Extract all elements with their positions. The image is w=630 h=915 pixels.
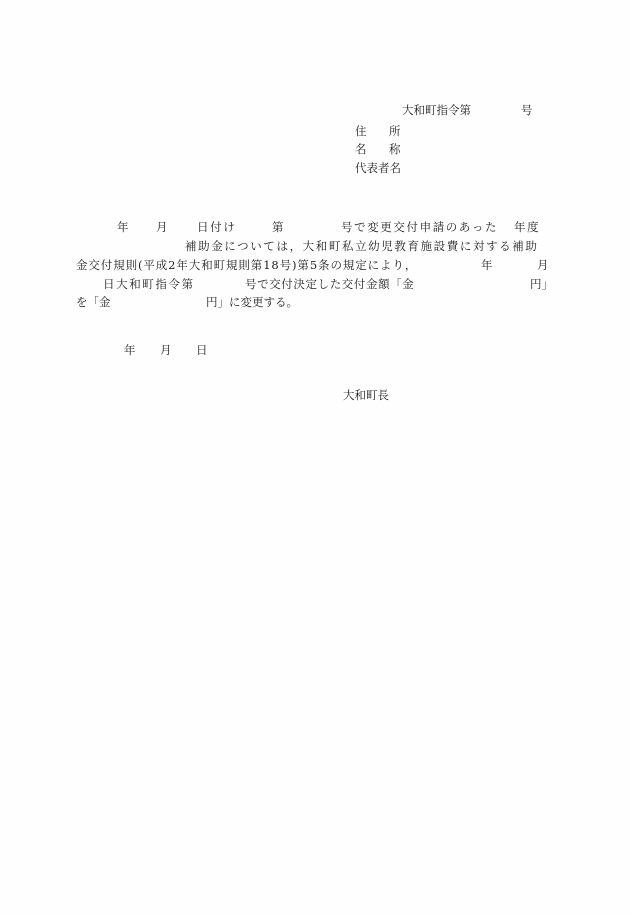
- body-fiscal-year: 年度: [514, 220, 540, 234]
- body-line-5-suffix: 円」に変更する。: [206, 295, 298, 309]
- body-request-text: 号で変更交付申請のあった: [341, 220, 498, 234]
- body-line-3: 金交付規則(平成2年大和町規則第18号)第5条の規定により，: [76, 258, 417, 272]
- document-page: 大和町指令第 号 住 所 名 称 代表者名 年 月 日付け 第 号で変更交付申請…: [0, 0, 630, 915]
- body-month: 月: [156, 220, 168, 234]
- body-day-directive: 日大和町指令第: [103, 277, 195, 291]
- body-number-prefix: 第: [272, 220, 284, 234]
- body-year: 年: [117, 220, 129, 234]
- issuer-signature: 大和町長: [343, 388, 389, 402]
- representative-label: 代表者名: [355, 161, 401, 175]
- body-line-3-year: 年: [481, 258, 493, 272]
- body-decided-text: 号で交付決定した交付金額「金: [245, 277, 414, 291]
- body-line-2: 補助金については，大和町私立幼児教育施設費に対する補助: [185, 239, 538, 253]
- body-dated: 日付け: [197, 220, 236, 234]
- body-yen-close: 円」: [530, 277, 553, 291]
- date-year: 年: [124, 343, 136, 357]
- body-line-3-month: 月: [537, 258, 549, 272]
- body-line-5-prefix: を「金: [76, 295, 111, 309]
- address-label-1: 住: [355, 124, 367, 138]
- document-number-suffix: 号: [521, 103, 533, 117]
- address-label-2: 所: [389, 124, 401, 138]
- name-label-1: 名: [355, 142, 367, 156]
- date-day: 日: [196, 343, 208, 357]
- document-number-prefix: 大和町指令第: [402, 103, 471, 117]
- date-month: 月: [160, 343, 172, 357]
- name-label-2: 称: [389, 142, 401, 156]
